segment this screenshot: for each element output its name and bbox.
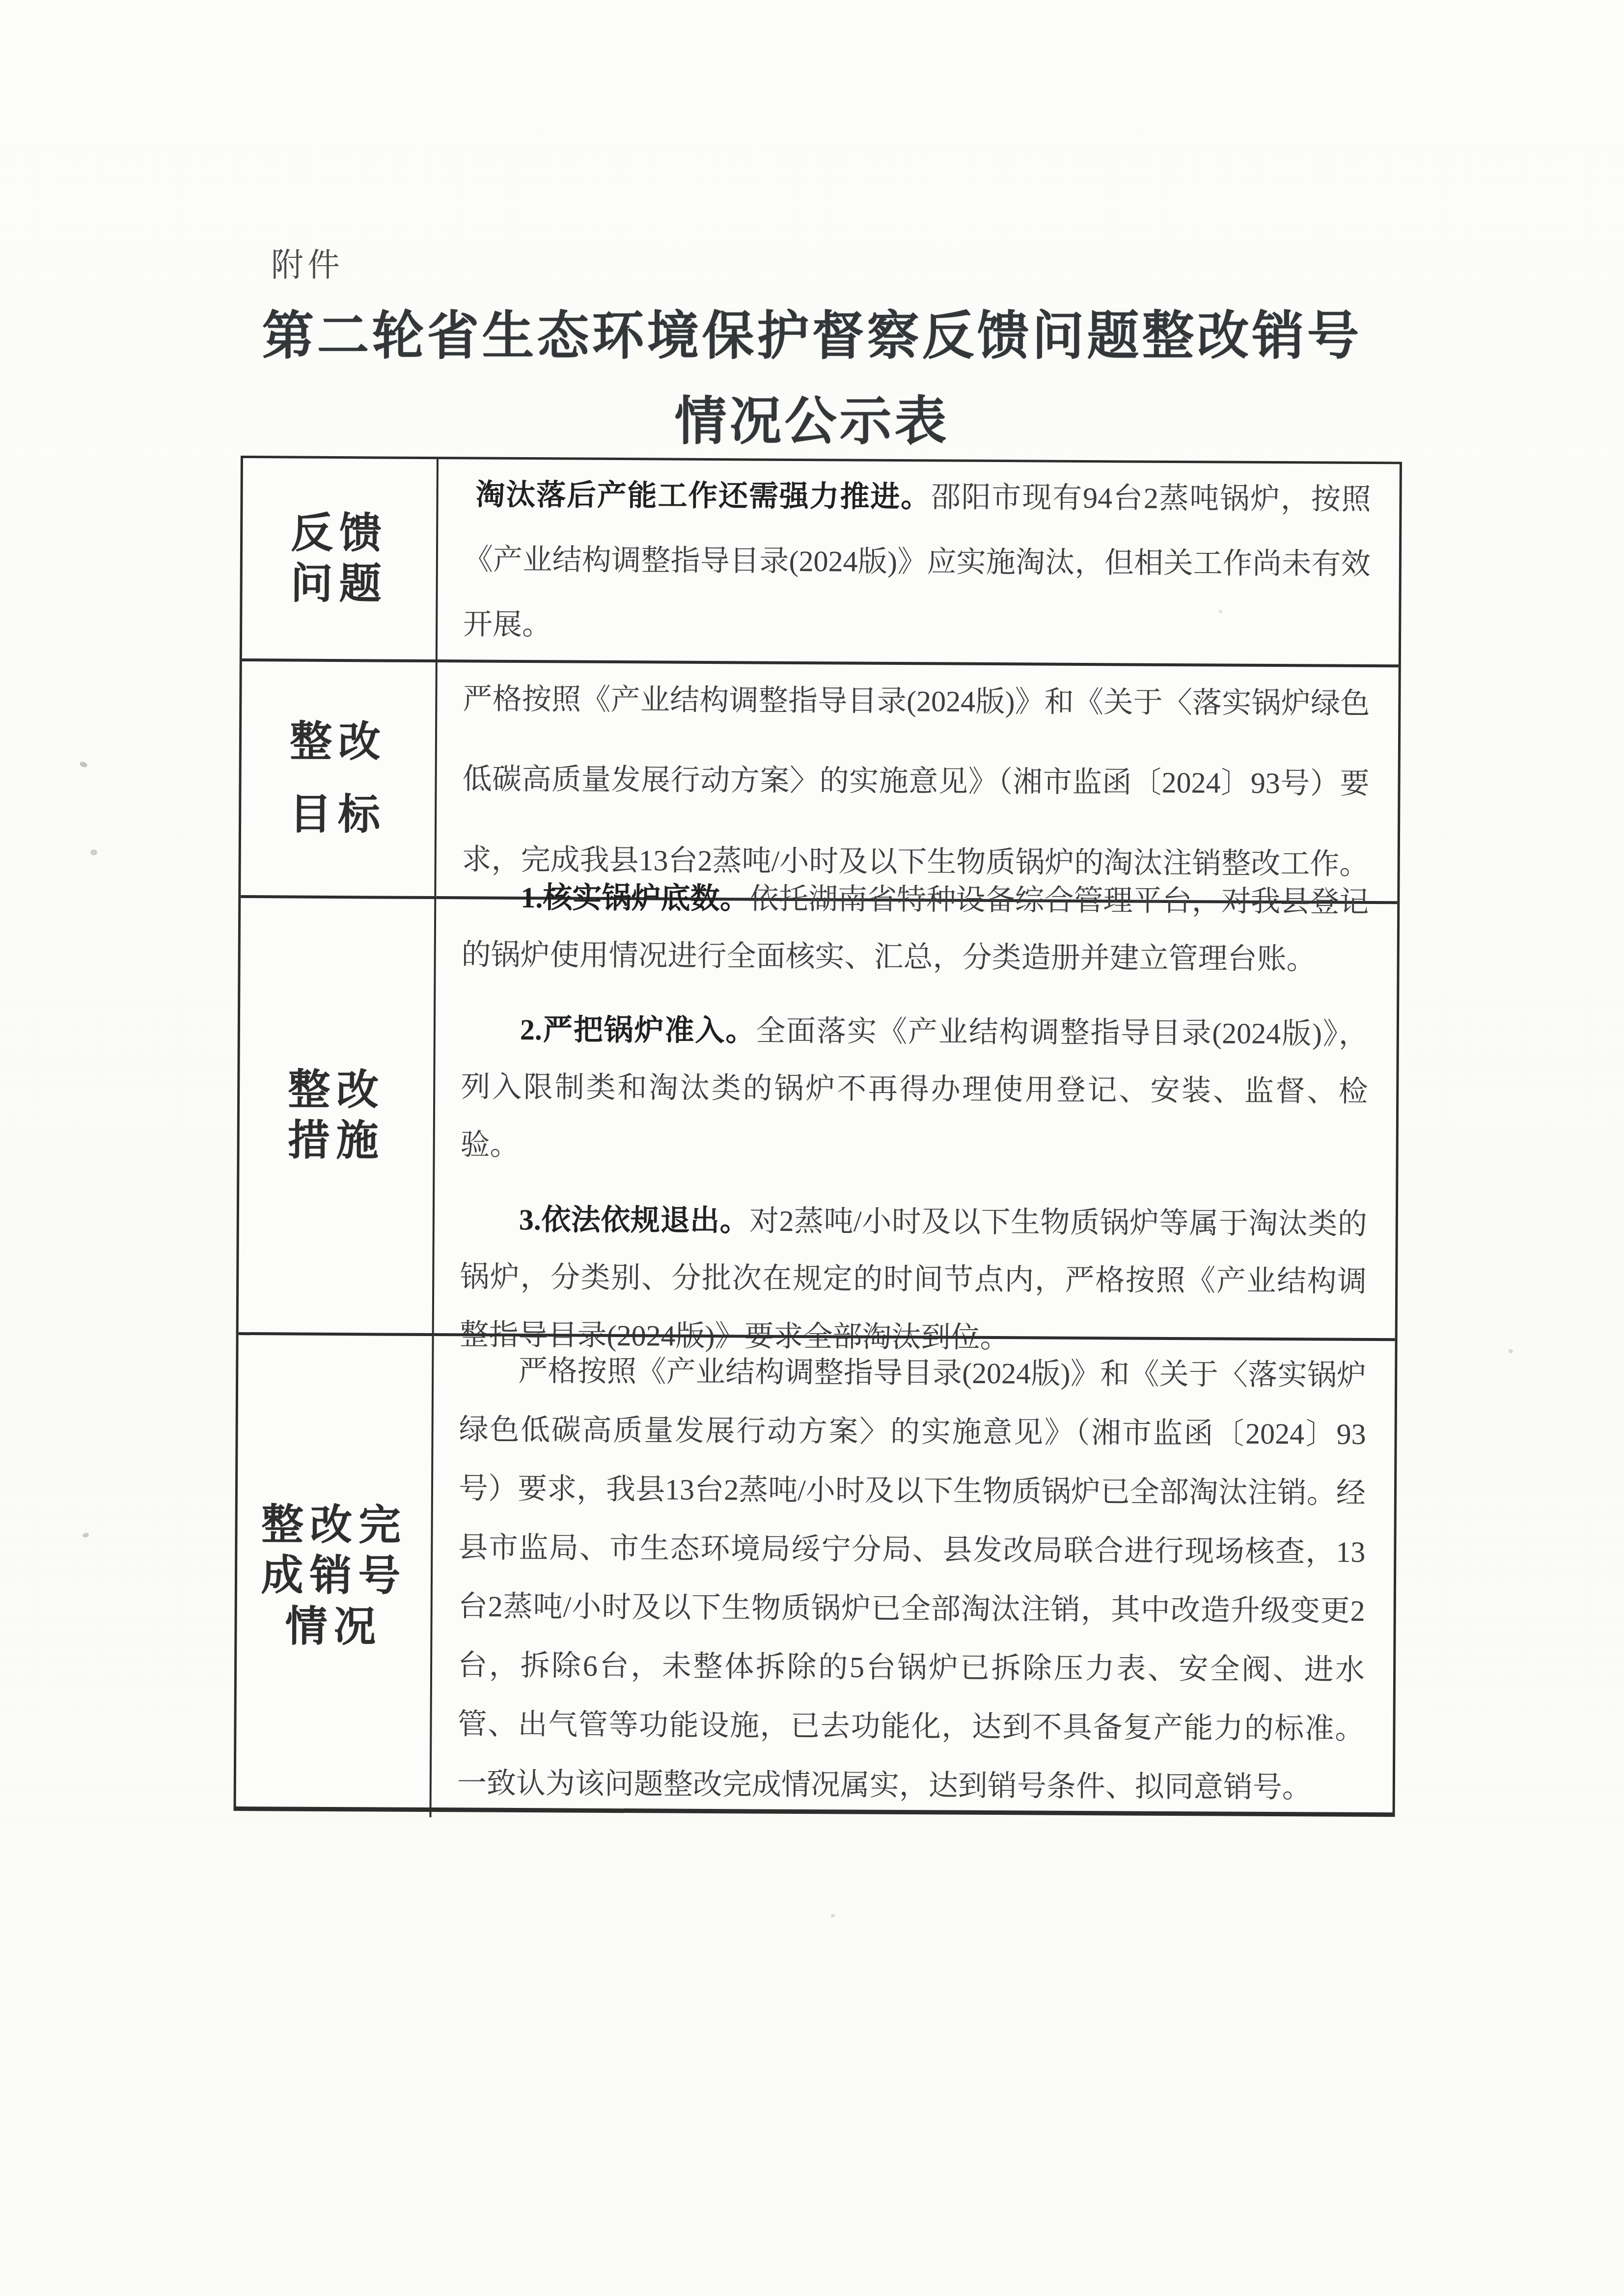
- page-title-line2: 情况公示表: [0, 379, 1624, 465]
- feedback-problem-text: 淘汰落后产能工作还需强力推进。邵阳市现有94台2蒸吨锅炉，按照《产业结构调整指导…: [463, 462, 1371, 661]
- row-label-rectification-measures: 整改 措施: [239, 895, 437, 1333]
- completion-status-text: 严格按照《产业结构调整指导目录(2024版)》和《关于〈落实锅炉绿色低碳高质量发…: [457, 1341, 1367, 1817]
- measure-item-2-lead: 2.严把锅炉准入。: [520, 1013, 756, 1047]
- rectification-measures-cell: 1.核实锅炉底数。依托湖南省特种设备综合管理平台，对我县登记的锅炉使用情况进行全…: [434, 896, 1398, 1338]
- page-title-line1: 第二轮省生态环境保护督察反馈问题整改销号: [0, 294, 1624, 379]
- scanned-document-page: 附件 第二轮省生态环境保护督察反馈问题整改销号 情况公示表 反馈 问题 淘汰落后…: [0, 0, 1624, 2296]
- rectification-table: 反馈 问题 淘汰落后产能工作还需强力推进。邵阳市现有94台2蒸吨锅炉，按照《产业…: [234, 456, 1402, 1817]
- page-title: 第二轮省生态环境保护督察反馈问题整改销号 情况公示表: [0, 294, 1624, 465]
- scan-speck: [82, 1532, 89, 1538]
- measure-item-1: 1.核实锅炉底数。依托湖南省特种设备综合管理平台，对我县登记的锅炉使用情况进行全…: [461, 869, 1369, 989]
- feedback-problem-cell: 淘汰落后产能工作还需强力推进。邵阳市现有94台2蒸吨锅炉，按照《产业结构调整指导…: [438, 459, 1400, 664]
- scan-speck: [79, 761, 88, 768]
- rectification-goal-cell: 严格按照《产业结构调整指导目录(2024版)》和《关于〈落实锅炉绿色低碳高质量发…: [436, 659, 1398, 901]
- rectification-goal-text: 严格按照《产业结构调整指导目录(2024版)》和《关于〈落实锅炉绿色低碳高质量发…: [462, 659, 1370, 904]
- scan-speck: [831, 1914, 835, 1917]
- scan-speck: [1219, 610, 1222, 613]
- row-label-feedback-problem: 反馈 问题: [242, 458, 439, 659]
- row-label-rectification-goal: 整改 目标: [241, 658, 438, 896]
- row-label-completion-status: 整改完 成销号 情况: [236, 1332, 434, 1817]
- measure-item-2: 2.严把锅炉准入。全面落实《产业结构调整指导目录(2024版)》，列入限制类和淘…: [460, 1001, 1368, 1178]
- attachment-label: 附件: [271, 239, 344, 285]
- scan-speck: [90, 849, 97, 855]
- feedback-problem-lead: 淘汰落后产能工作还需强力推进。: [475, 479, 931, 514]
- completion-status-cell: 严格按照《产业结构调整指导目录(2024版)》和《关于〈落实锅炉绿色低碳高质量发…: [431, 1333, 1395, 1822]
- scan-speck: [1509, 1349, 1513, 1353]
- measure-item-3-lead: 3.依法依规退出。: [519, 1203, 750, 1237]
- measure-item-1-lead: 1.核实锅炉底数。: [521, 881, 749, 915]
